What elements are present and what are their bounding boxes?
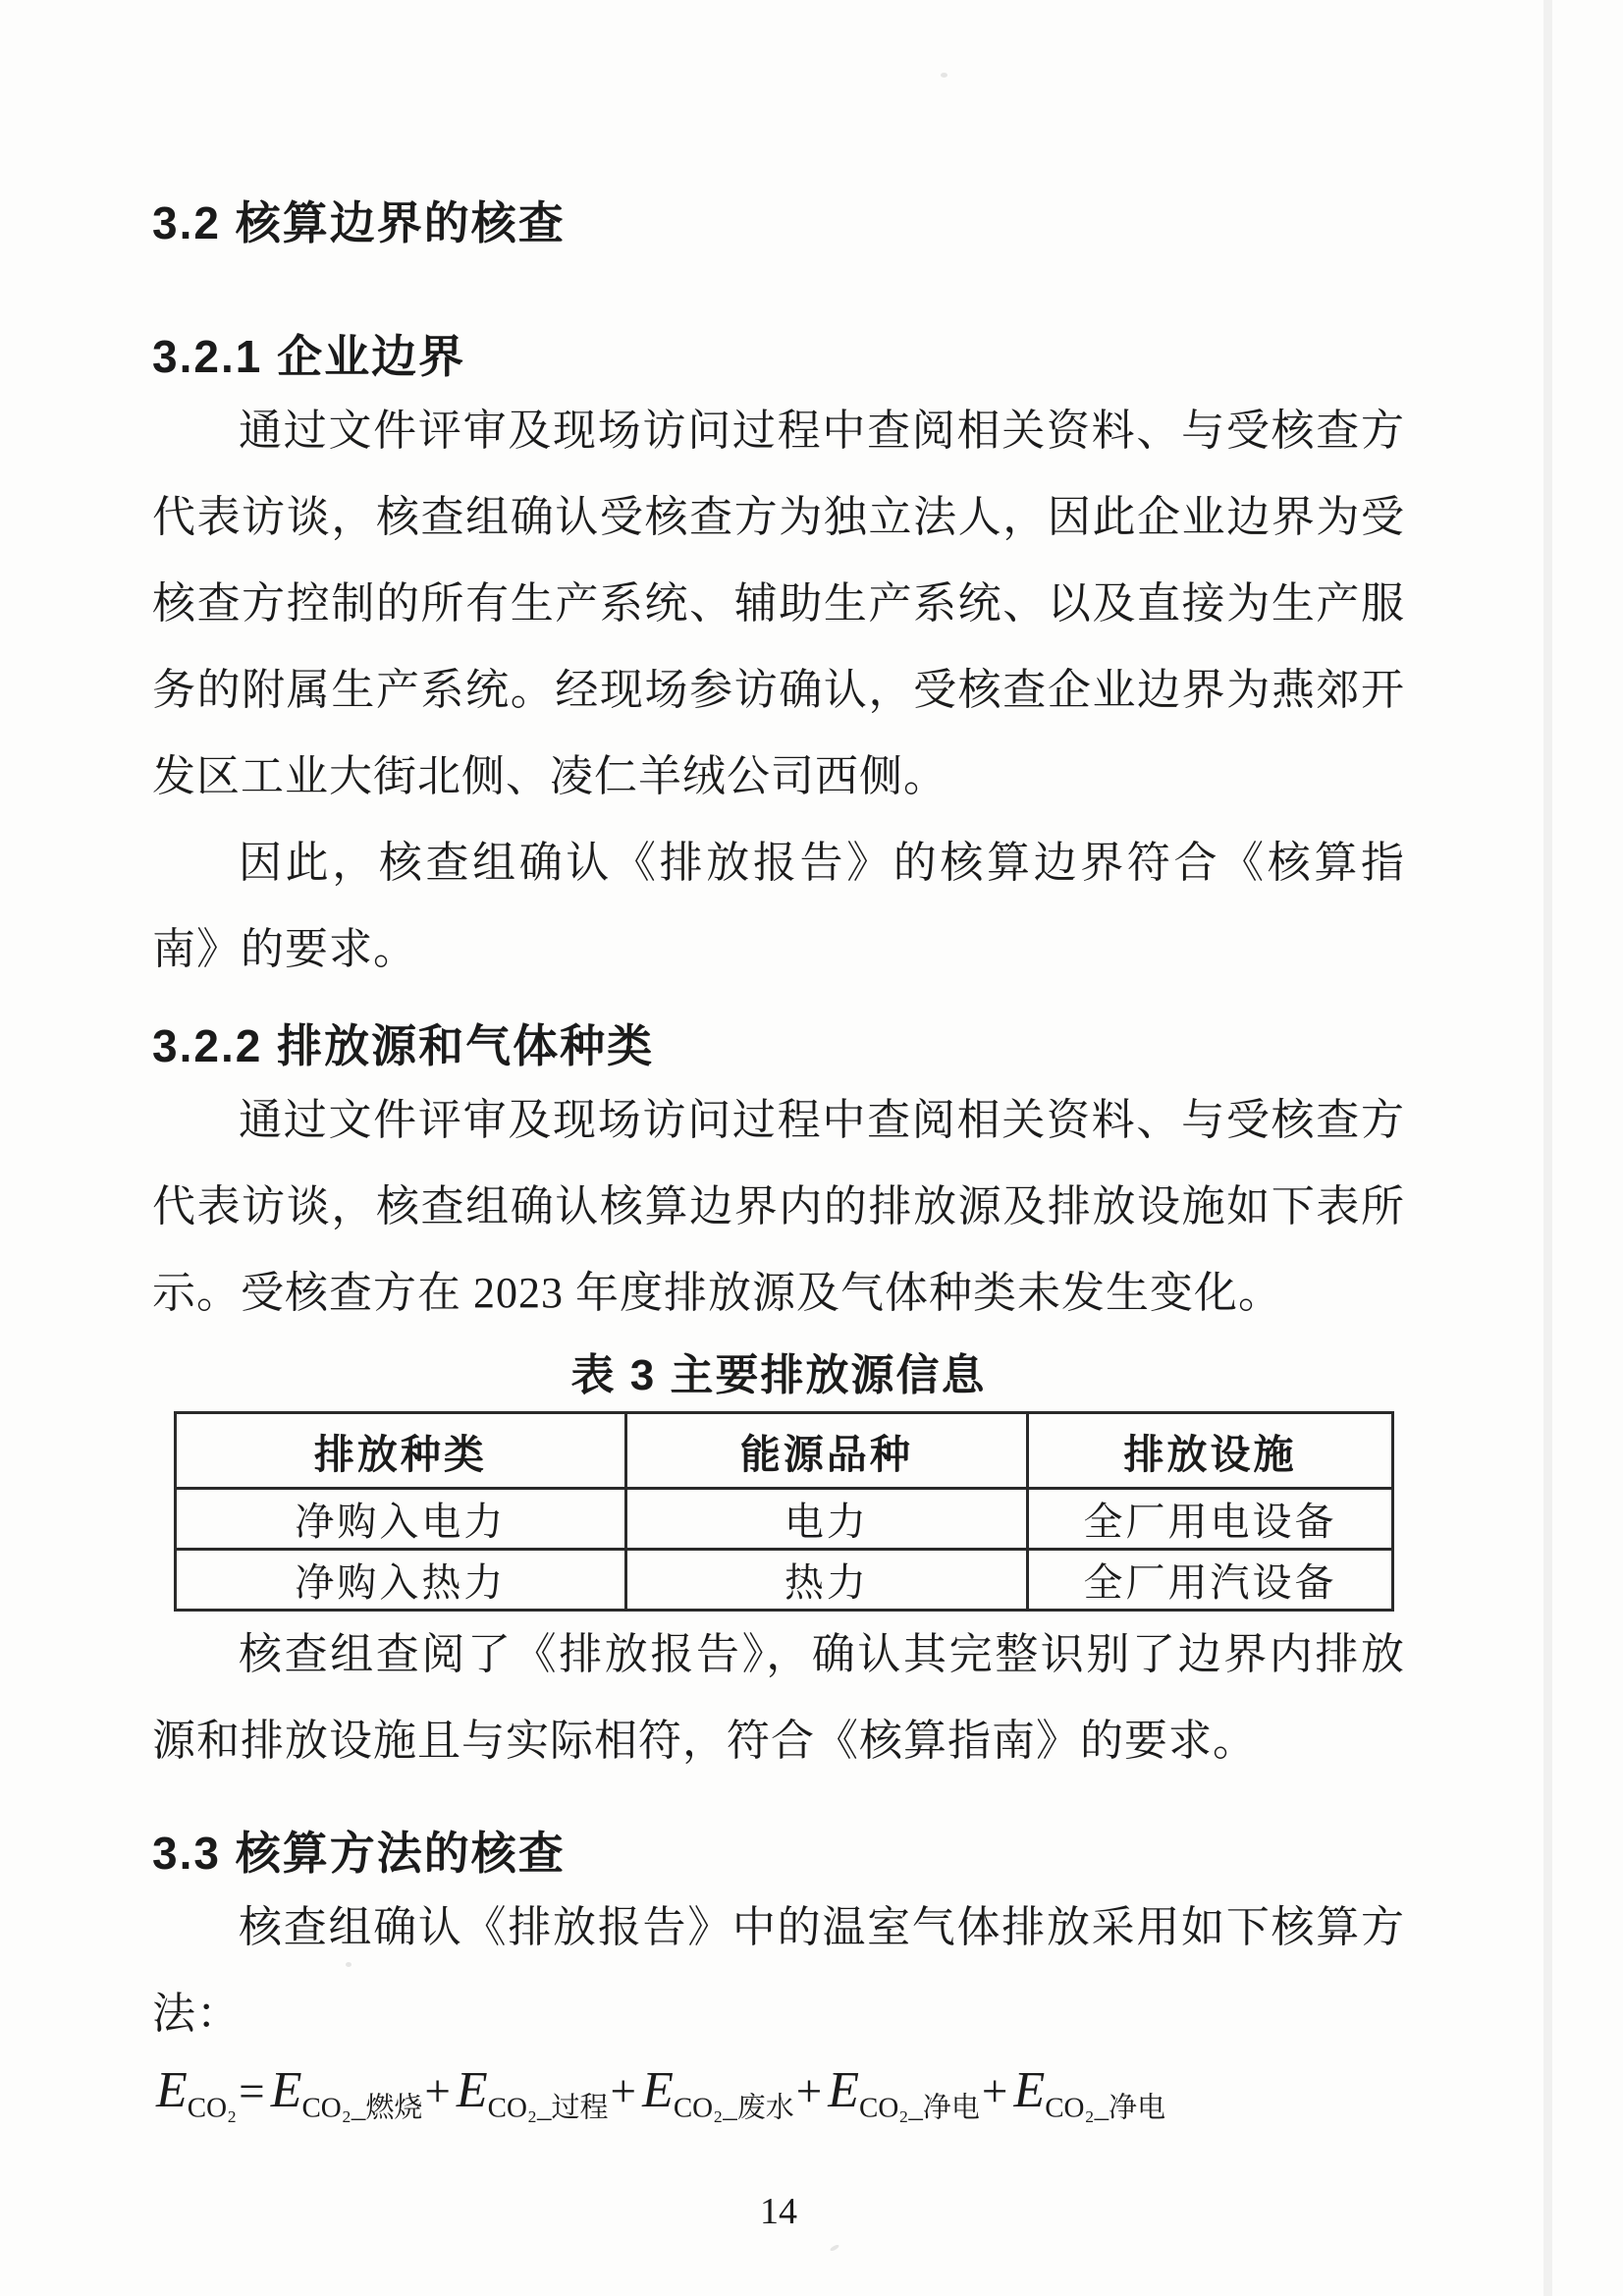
table-cell: 全厂用电设备 bbox=[1027, 1489, 1392, 1550]
formula-subscript: CO₂_燃烧 bbox=[301, 2092, 422, 2123]
page-content: 3.2 核算边界的核查 3.2.1 企业边界 通过文件评审及现场访问过程中查阅相… bbox=[0, 0, 1623, 2236]
formula-subscript: CO₂ bbox=[188, 2092, 237, 2123]
formula-plus: + bbox=[794, 2066, 825, 2117]
scan-artifact-speck bbox=[830, 2244, 840, 2252]
section-heading-3-2: 3.2 核算边界的核查 bbox=[152, 191, 1405, 254]
formula-variable: E bbox=[152, 2062, 188, 2118]
paragraph-boundary-conclusion: 因此，核查组确认《排放报告》的核算边界符合《核算指南》的要求。 bbox=[152, 820, 1405, 993]
formula-subscript: CO₂_净电 bbox=[1045, 2092, 1165, 2123]
page-number: 14 bbox=[152, 2187, 1405, 2236]
table-caption: 表 3 主要排放源信息 bbox=[152, 1346, 1405, 1405]
emission-source-table: 排放种类 能源品种 排放设施 净购入电力 电力 全厂用电设备 净购入热力 热力 … bbox=[174, 1411, 1394, 1612]
paragraph-emission-sources: 通过文件评审及现场访问过程中查阅相关资料、与受核查方代表访谈，核查组确认核算边界… bbox=[152, 1077, 1405, 1337]
formula-variable: E bbox=[638, 2062, 674, 2118]
table-row: 净购入热力 热力 全厂用汽设备 bbox=[176, 1550, 1393, 1611]
formula-plus: + bbox=[609, 2066, 639, 2117]
co2-formula: ECO₂=ECO₂_燃烧+ECO₂_过程+ECO₂_废水+ECO₂_净电+ECO… bbox=[152, 2052, 1405, 2146]
table-cell: 净购入电力 bbox=[176, 1489, 626, 1550]
formula-subscript: CO₂_净电 bbox=[859, 2092, 980, 2123]
table-cell: 净购入热力 bbox=[176, 1550, 626, 1611]
formula-equals: = bbox=[237, 2066, 267, 2117]
paragraph-table-conclusion: 核查组查阅了《排放报告》，确认其完整识别了边界内排放源和排放设施且与实际相符，符… bbox=[152, 1612, 1405, 1784]
table-header-energy-type: 能源品种 bbox=[625, 1413, 1027, 1489]
table-row: 净购入电力 电力 全厂用电设备 bbox=[176, 1489, 1393, 1550]
section-heading-3-2-1: 3.2.1 企业边界 bbox=[152, 325, 1405, 388]
table-cell: 电力 bbox=[625, 1489, 1027, 1550]
table-header-emission-type: 排放种类 bbox=[176, 1413, 626, 1489]
formula-plus: + bbox=[980, 2066, 1010, 2117]
formula-variable: E bbox=[453, 2062, 488, 2118]
formula-subscript: CO₂_过程 bbox=[488, 2092, 609, 2123]
formula-variable: E bbox=[1009, 2062, 1045, 2118]
table-header-row: 排放种类 能源品种 排放设施 bbox=[176, 1413, 1393, 1489]
paragraph-enterprise-boundary: 通过文件评审及现场访问过程中查阅相关资料、与受核查方代表访谈，核查组确认受核查方… bbox=[152, 388, 1405, 820]
table-header-emission-facility: 排放设施 bbox=[1027, 1413, 1392, 1489]
formula-variable: E bbox=[267, 2062, 302, 2118]
document-page: 3.2 核算边界的核查 3.2.1 企业边界 通过文件评审及现场访问过程中查阅相… bbox=[0, 0, 1623, 2296]
paragraph-method-intro: 核查组确认《排放报告》中的温室气体排放采用如下核算方法： bbox=[152, 1885, 1405, 2057]
formula-variable: E bbox=[824, 2062, 859, 2118]
table-cell: 全厂用汽设备 bbox=[1027, 1550, 1392, 1611]
section-heading-3-2-2: 3.2.2 排放源和气体种类 bbox=[152, 1014, 1405, 1077]
section-heading-3-3: 3.3 核算方法的核查 bbox=[152, 1822, 1405, 1885]
formula-plus: + bbox=[422, 2066, 453, 2117]
formula-subscript: CO₂_废水 bbox=[674, 2092, 794, 2123]
table-cell: 热力 bbox=[625, 1550, 1027, 1611]
